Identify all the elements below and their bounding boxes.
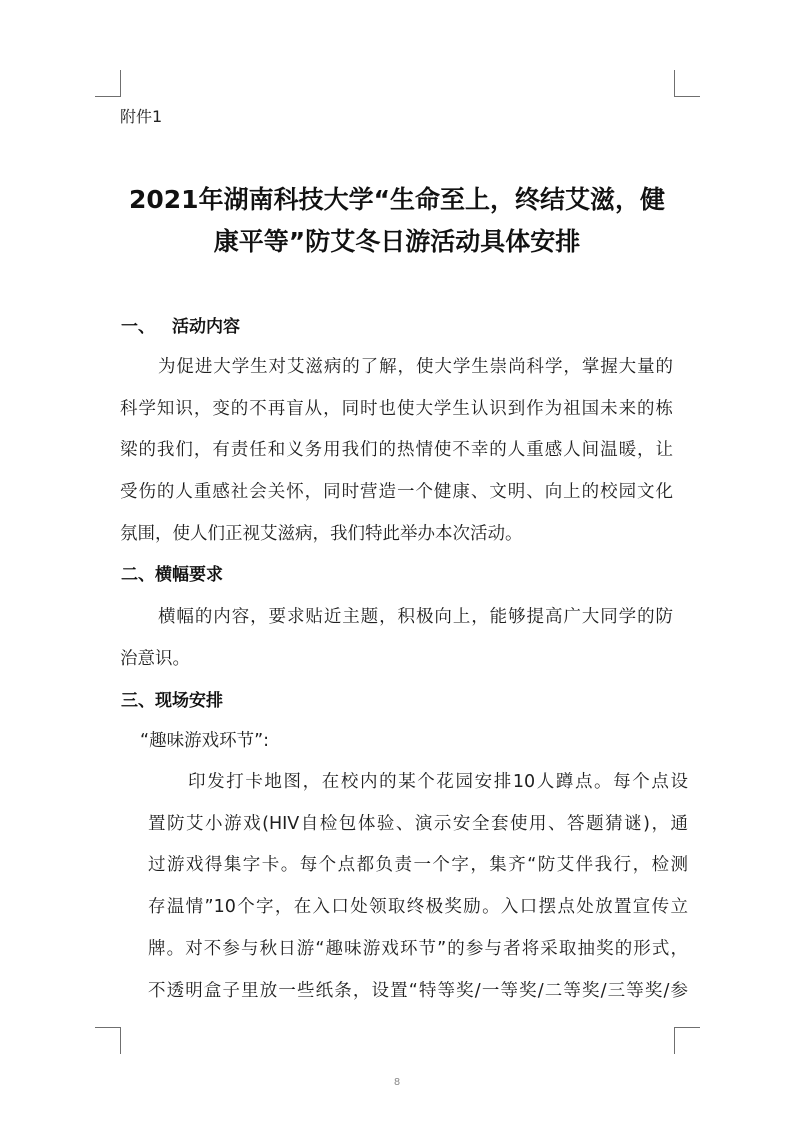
- section-number: 一、: [121, 306, 172, 348]
- corner-mark-top-right: [674, 70, 700, 97]
- section-heading-3: 三、现场安排: [121, 680, 223, 722]
- title-line-1: 2021年湖南科技大学“生命至上，终结艾滋，健: [0, 179, 794, 221]
- section-number: 二、: [121, 554, 155, 596]
- section-heading-1: 一、活动内容: [121, 306, 240, 348]
- corner-mark-top-left: [95, 70, 121, 97]
- subsection-label: “趣味游戏环节”:: [140, 720, 269, 762]
- corner-mark-bottom-right: [674, 1027, 700, 1054]
- paragraph-line: 科学知识，变的不再盲从，同时也使大学生认识到作为祖国未来的栋: [120, 389, 673, 431]
- paragraph-line: 受伤的人重感社会关怀，同时营造一个健康、文明、向上的校园文化: [120, 472, 673, 514]
- section-1-paragraph: 为促进大学生对艾滋病的了解，使大学生崇尚科学，掌握大量的 科学知识，变的不再盲从…: [120, 347, 673, 556]
- paragraph-line: 梁的我们，有责任和义务用我们的热情使不幸的人重感人间温暖，让: [120, 430, 673, 472]
- document-page: 附件1 2021年湖南科技大学“生命至上，终结艾滋，健 康平等”防艾冬日游活动具…: [0, 0, 794, 1123]
- section-title: 现场安排: [155, 691, 223, 711]
- paragraph-line: 存温情”10个字，在入口处领取终极奖励。入口摆点处放置宣传立: [148, 887, 688, 929]
- section-title: 活动内容: [172, 317, 240, 337]
- corner-mark-bottom-left: [95, 1027, 121, 1054]
- document-title: 2021年湖南科技大学“生命至上，终结艾滋，健 康平等”防艾冬日游活动具体安排: [0, 179, 794, 263]
- paragraph-line: 治意识。: [120, 639, 673, 681]
- paragraph-line: 不透明盒子里放一些纸条，设置“特等奖/一等奖/二等奖/三等奖/参: [148, 971, 688, 1013]
- paragraph-line: 牌。对不参与秋日游“趣味游戏环节”的参与者将采取抽奖的形式，: [148, 929, 688, 971]
- section-title: 横幅要求: [155, 565, 223, 585]
- page-number: 8: [0, 1076, 794, 1090]
- paragraph-line: 氛围，使人们正视艾滋病，我们特此举办本次活动。: [120, 514, 673, 556]
- section-heading-2: 二、横幅要求: [121, 554, 223, 596]
- section-number: 三、: [121, 680, 155, 722]
- section-3-paragraph: 印发打卡地图，在校内的某个花园安排10人蹲点。每个点设 置防艾小游戏(HIV自检…: [148, 762, 688, 1012]
- attachment-label: 附件1: [120, 106, 162, 128]
- paragraph-line: 过游戏得集字卡。每个点都负责一个字，集齐“防艾伴我行，检测: [148, 845, 688, 887]
- paragraph-line: 印发打卡地图，在校内的某个花园安排10人蹲点。每个点设: [148, 762, 688, 804]
- paragraph-line: 横幅的内容，要求贴近主题，积极向上，能够提高广大同学的防: [120, 597, 673, 639]
- paragraph-line: 置防艾小游戏(HIV自检包体验、演示安全套使用、答题猜谜)，通: [148, 804, 688, 846]
- title-line-2: 康平等”防艾冬日游活动具体安排: [0, 221, 794, 263]
- section-2-paragraph: 横幅的内容，要求贴近主题，积极向上，能够提高广大同学的防 治意识。: [120, 597, 673, 680]
- paragraph-line: 为促进大学生对艾滋病的了解，使大学生崇尚科学，掌握大量的: [120, 347, 673, 389]
